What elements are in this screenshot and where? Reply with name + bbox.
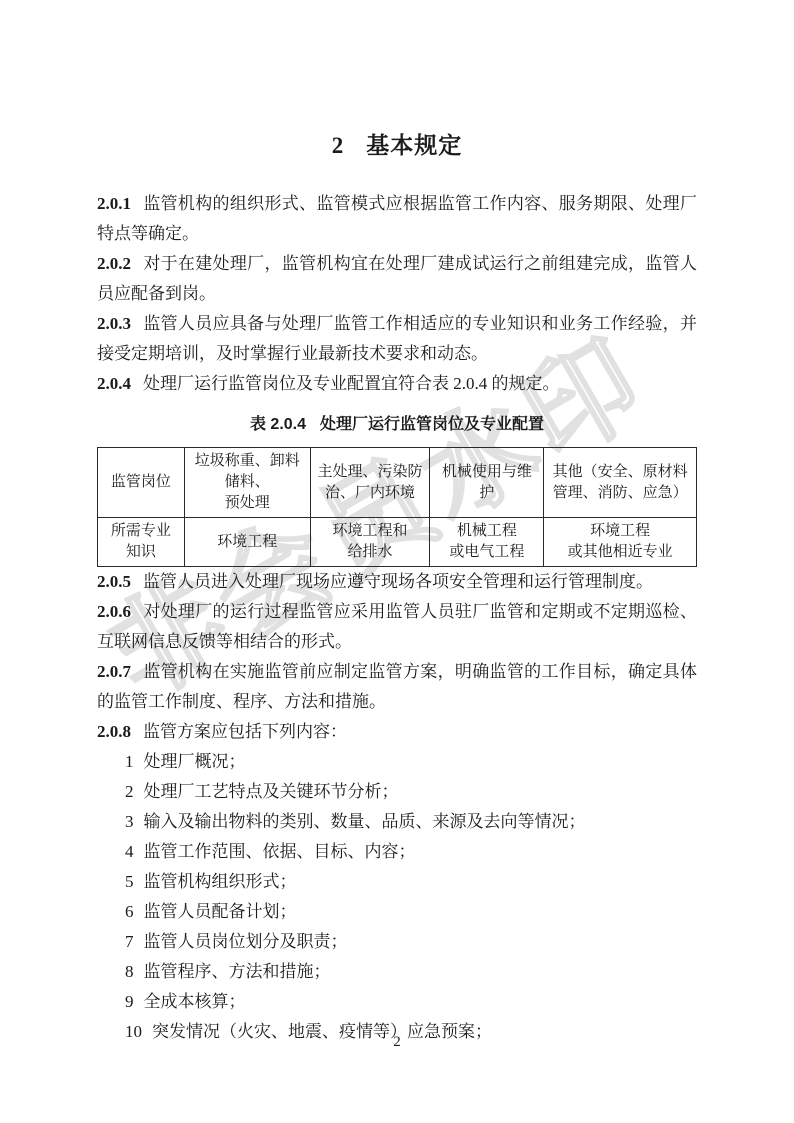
- clause-text: 监管方案应包括下列内容：: [143, 722, 347, 741]
- clause-2-0-3: 2.0.3监管人员应具备与处理厂监管工作相适应的专业知识和业务工作经验，并接受定…: [97, 309, 697, 369]
- item-number: 6: [125, 902, 134, 921]
- table-row: 所需专业知识 环境工程 环境工程和给排水 机械工程或电气工程 环境工程或其他相近…: [98, 518, 697, 567]
- clause-2-0-8: 2.0.8监管方案应包括下列内容：: [97, 717, 697, 747]
- table-cell: 主处理、污染防治、厂内环境: [310, 448, 430, 518]
- table-cell: 所需专业知识: [98, 518, 185, 567]
- item-number: 7: [125, 932, 134, 951]
- table-cell: 其他（安全、原材料管理、消防、应急）: [544, 448, 697, 518]
- clause-2-0-2: 2.0.2对于在建处理厂，监管机构宜在处理厂建成试运行之前组建完成，监管人员应配…: [97, 249, 697, 309]
- table-caption-title: 处理厂运行监管岗位及专业配置: [320, 416, 544, 433]
- item-text: 监管程序、方法和措施；: [144, 962, 331, 981]
- clause-number: 2.0.7: [97, 662, 131, 681]
- clause-2-0-4: 2.0.4处理厂运行监管岗位及专业配置宜符合表 2.0.4 的规定。: [97, 369, 697, 399]
- item-text: 全成本核算；: [144, 992, 246, 1011]
- clause-text: 监管人员进入处理厂现场应遵守现场各项安全管理和运行管理制度。: [143, 572, 653, 591]
- chapter-number: 2: [332, 133, 345, 158]
- clause-number: 2.0.6: [97, 602, 131, 621]
- clause-text: 对处理厂的运行过程监管应采用监管人员驻厂监管和定期或不定期巡检、互联网信息反馈等…: [97, 602, 697, 651]
- document-page: 非会员水印 2基本规定 2.0.1监管机构的组织形式、监管模式应根据监管工作内容…: [0, 0, 794, 1123]
- clause-2-0-6: 2.0.6对处理厂的运行过程监管应采用监管人员驻厂监管和定期或不定期巡检、互联网…: [97, 597, 697, 657]
- table-cell: 监管岗位: [98, 448, 185, 518]
- item-number: 5: [125, 872, 134, 891]
- scheme-item: 9全成本核算；: [97, 987, 697, 1017]
- item-text: 监管工作范围、依据、目标、内容；: [144, 842, 416, 861]
- clause-2-0-1: 2.0.1监管机构的组织形式、监管模式应根据监管工作内容、服务期限、处理厂特点等…: [97, 189, 697, 249]
- page-content: 2基本规定 2.0.1监管机构的组织形式、监管模式应根据监管工作内容、服务期限、…: [97, 0, 697, 1047]
- item-number: 2: [125, 782, 134, 801]
- clause-number: 2.0.8: [97, 722, 131, 741]
- clause-number: 2.0.2: [97, 254, 131, 273]
- item-number: 4: [125, 842, 134, 861]
- scheme-item: 5监管机构组织形式；: [97, 867, 697, 897]
- clause-text: 监管机构在实施监管前应制定监管方案，明确监管的工作目标，确定具体的监管工作制度、…: [97, 662, 697, 711]
- item-text: 监管机构组织形式；: [144, 872, 297, 891]
- supervision-post-table: 监管岗位 垃圾称重、卸料储料、预处理 主处理、污染防治、厂内环境 机械使用与维护…: [97, 447, 697, 567]
- clause-text: 监管机构的组织形式、监管模式应根据监管工作内容、服务期限、处理厂特点等确定。: [97, 194, 697, 243]
- table-caption: 表 2.0.4处理厂运行监管岗位及专业配置: [97, 413, 697, 437]
- clause-number: 2.0.5: [97, 572, 131, 591]
- table-row: 监管岗位 垃圾称重、卸料储料、预处理 主处理、污染防治、厂内环境 机械使用与维护…: [98, 448, 697, 518]
- item-text: 处理厂工艺特点及关键环节分析；: [144, 782, 399, 801]
- clause-number: 2.0.1: [97, 194, 131, 213]
- item-text: 输入及输出物料的类别、数量、品质、来源及去向等情况；: [144, 812, 586, 831]
- chapter-heading: 2基本规定: [97, 130, 697, 161]
- clause-text: 监管人员应具备与处理厂监管工作相适应的专业知识和业务工作经验，并接受定期培训，及…: [97, 314, 697, 363]
- item-text: 监管人员岗位划分及职责；: [144, 932, 348, 951]
- scheme-item-list: 1处理厂概况； 2处理厂工艺特点及关键环节分析； 3输入及输出物料的类别、数量、…: [97, 747, 697, 1047]
- table-cell: 环境工程或其他相近专业: [544, 518, 697, 567]
- scheme-item: 3输入及输出物料的类别、数量、品质、来源及去向等情况；: [97, 807, 697, 837]
- scheme-item: 2处理厂工艺特点及关键环节分析；: [97, 777, 697, 807]
- scheme-item: 7监管人员岗位划分及职责；: [97, 927, 697, 957]
- table-cell: 机械使用与维护: [430, 448, 544, 518]
- clause-text: 对于在建处理厂，监管机构宜在处理厂建成试运行之前组建完成，监管人员应配备到岗。: [97, 254, 697, 303]
- page-number: 2: [0, 1034, 794, 1051]
- clause-text: 处理厂运行监管岗位及专业配置宜符合表 2.0.4 的规定。: [143, 374, 560, 393]
- table-cell: 环境工程: [184, 518, 310, 567]
- clause-number: 2.0.3: [97, 314, 131, 333]
- table-cell: 环境工程和给排水: [310, 518, 430, 567]
- chapter-title: 基本规定: [366, 132, 462, 158]
- item-number: 3: [125, 812, 134, 831]
- clause-2-0-5: 2.0.5监管人员进入处理厂现场应遵守现场各项安全管理和运行管理制度。: [97, 567, 697, 597]
- clause-number: 2.0.4: [97, 374, 131, 393]
- item-number: 8: [125, 962, 134, 981]
- scheme-item: 6监管人员配备计划；: [97, 897, 697, 927]
- table-cell: 垃圾称重、卸料储料、预处理: [184, 448, 310, 518]
- scheme-item: 8监管程序、方法和措施；: [97, 957, 697, 987]
- item-text: 监管人员配备计划；: [144, 902, 297, 921]
- table-cell: 机械工程或电气工程: [430, 518, 544, 567]
- scheme-item: 1处理厂概况；: [97, 747, 697, 777]
- table-caption-label: 表 2.0.4: [250, 416, 306, 433]
- item-text: 处理厂概况；: [144, 752, 246, 771]
- scheme-item: 4监管工作范围、依据、目标、内容；: [97, 837, 697, 867]
- item-number: 9: [125, 992, 134, 1011]
- item-number: 1: [125, 752, 134, 771]
- clause-2-0-7: 2.0.7监管机构在实施监管前应制定监管方案，明确监管的工作目标，确定具体的监管…: [97, 657, 697, 717]
